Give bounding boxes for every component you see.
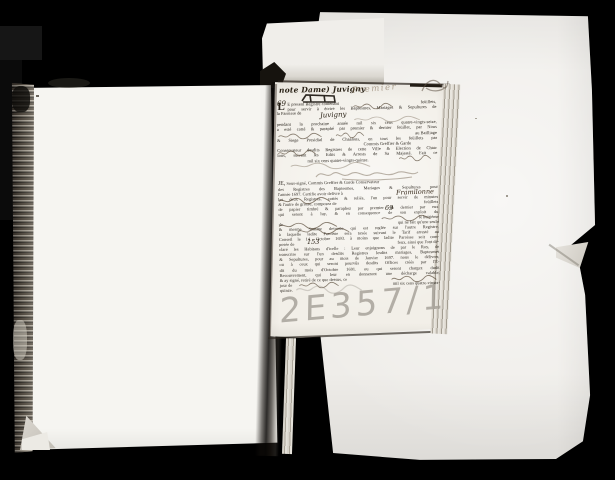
background-shadow-patch bbox=[0, 26, 42, 60]
handwritten-recipient-name: Framilonne bbox=[396, 187, 434, 196]
dust-speck bbox=[506, 195, 508, 197]
dust-speck bbox=[475, 118, 477, 119]
paraph-flourish-icon bbox=[420, 76, 450, 96]
illegible-handwriting-icon bbox=[398, 154, 432, 162]
binding-stain bbox=[12, 86, 30, 112]
illegible-handwriting-icon bbox=[277, 149, 317, 157]
handwritten-parish-name: Juvigny bbox=[320, 110, 347, 119]
printed-text-column: L E present Registre contenant feüillets… bbox=[276, 81, 440, 293]
handwritten-feuillets-count: 69 bbox=[385, 204, 393, 212]
dust-speck bbox=[36, 95, 39, 97]
illegible-handwriting-icon bbox=[277, 196, 332, 205]
illegible-handwriting-icon bbox=[380, 214, 432, 222]
faint-signature-icon bbox=[312, 167, 422, 181]
smudge-mark bbox=[48, 78, 90, 88]
handwritten-folio-number: 69 bbox=[277, 100, 286, 108]
illegible-handwriting-icon bbox=[296, 227, 351, 235]
archival-scan: L E present Registre contenant feüillets… bbox=[0, 0, 615, 480]
ink-scribble-box-icon bbox=[300, 93, 338, 104]
flourish-line-icon bbox=[352, 115, 422, 123]
binding-edge-strip bbox=[10, 83, 34, 453]
illegible-handwriting-icon bbox=[277, 132, 323, 140]
page-edge-strip bbox=[282, 338, 296, 454]
left-blank-page bbox=[14, 84, 280, 450]
illegible-handwriting-icon bbox=[335, 131, 365, 139]
handwritten-feux-count: 153 bbox=[307, 238, 319, 246]
illegible-handwriting-icon bbox=[352, 102, 394, 110]
binding-stain bbox=[13, 320, 27, 360]
